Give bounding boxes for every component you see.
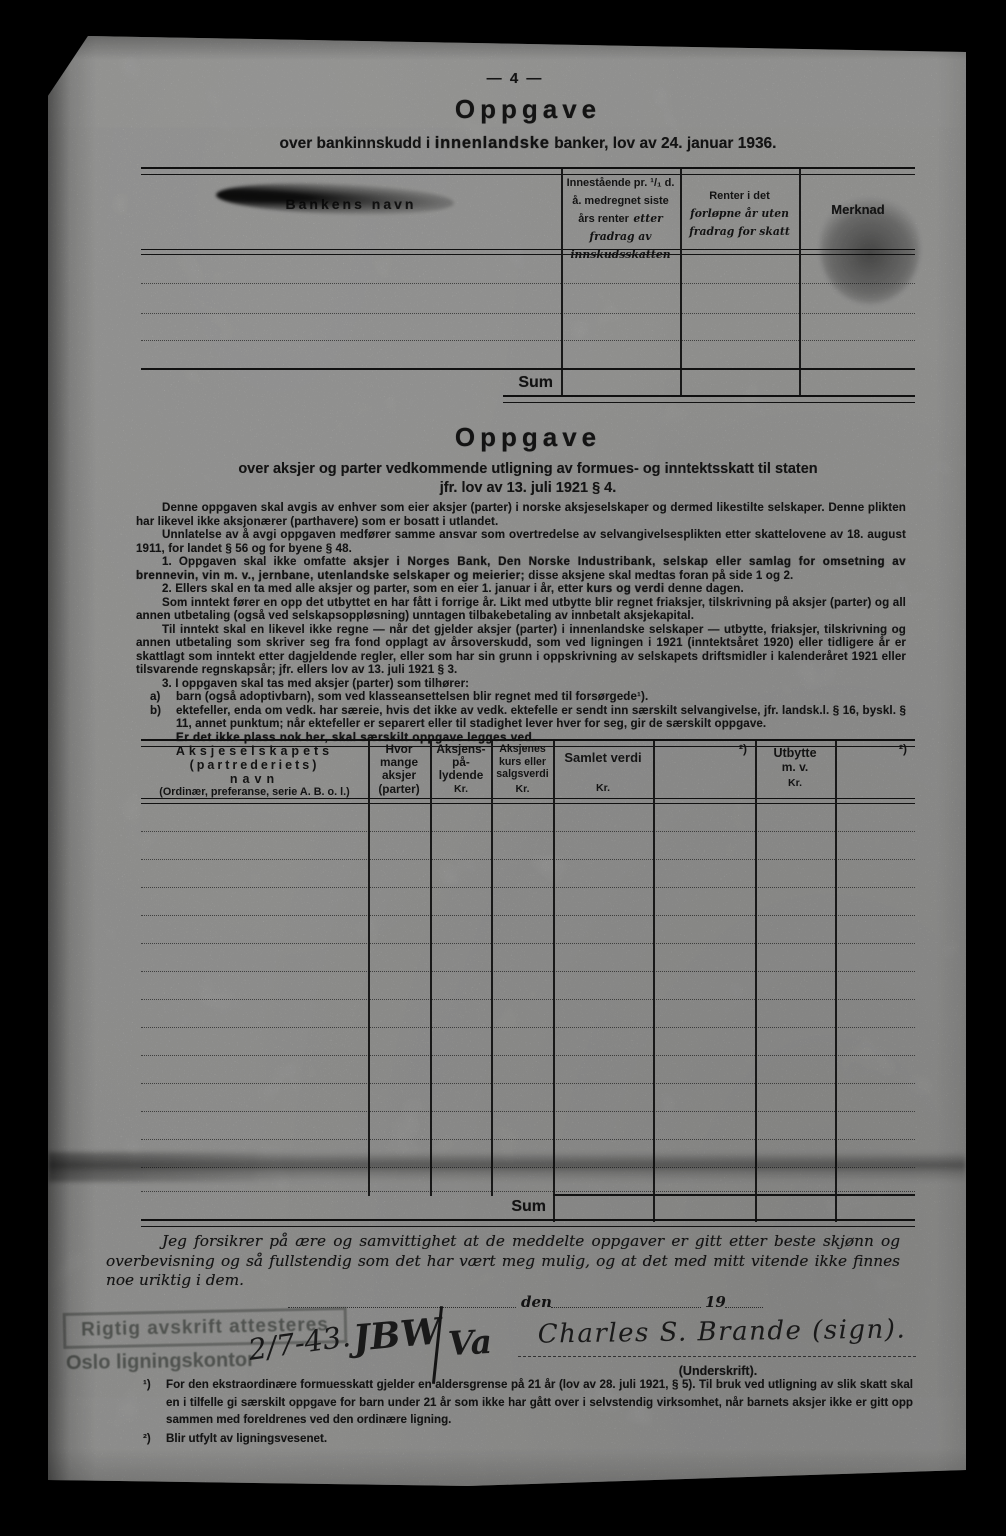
signature-handwritten: Charles S. Brande (sign). — [526, 1314, 918, 1349]
shares-table-row-line — [141, 885, 915, 888]
scanned-page-stage: — 4 — Oppgave over bankinnskudd i innenl… — [0, 0, 1006, 1536]
company-name-line2: (partrederiets) — [141, 758, 368, 772]
shares-col-official-2: ²) — [835, 742, 907, 756]
shares-section-title: Oppgave — [141, 422, 915, 453]
handwritten-initials-1: JBW — [351, 1310, 442, 1360]
bank-section-subtitle: over bankinnskudd i innenlandske banker,… — [141, 134, 915, 153]
date-word: den — [521, 1293, 552, 1311]
bank-table-col-remark: Merknad — [801, 202, 915, 217]
dividend-kr: Kr. — [755, 777, 835, 789]
bank-table-row-line — [141, 311, 915, 314]
shares-table-bottom-rule — [141, 1219, 915, 1227]
instruction-item-3b: b) ektefeller, enda om vedk. har særeie,… — [136, 704, 906, 745]
document-paper: — 4 — Oppgave over bankinnskudd i innenl… — [48, 34, 966, 1488]
company-name-line1: Aksjeselskapets — [141, 744, 368, 758]
footnote-2-marker: ²) — [143, 1430, 163, 1448]
bank-table-col-balance: Innestående pr. ¹/₁ d. å. medregnet sist… — [564, 173, 677, 263]
footnote-1-text: For den ekstraordinære formuesskatt gjel… — [166, 1376, 913, 1429]
item-3b-text: ektefeller, enda om vedk. har særeie, hv… — [176, 704, 906, 731]
shares-table-row-line — [141, 1109, 915, 1112]
bank-subtitle-post: banker, lov av 24. januar 1936. — [554, 135, 776, 152]
total-value-kr: Kr. — [553, 782, 653, 794]
shares-subtitle-line1: over aksjer og parter vedkommende utlign… — [111, 461, 945, 477]
year-prefix: 19 — [705, 1293, 726, 1311]
shares-table-row-line — [141, 1053, 915, 1056]
bank-table-sum-label: Sum — [448, 374, 559, 392]
bank-table-sum-separator — [141, 368, 915, 370]
shares-table-row-line — [141, 1189, 915, 1192]
shares-table-sum-separator — [553, 1194, 915, 1196]
shares-col-quantity: Hvor mange aksjer (parter) — [369, 743, 429, 796]
shares-table-row-line — [141, 1081, 915, 1084]
shares-table-divider-4 — [553, 741, 555, 1222]
instruction-item-2-bold: kurs og verdi — [587, 582, 665, 595]
instruction-item-3a: a) barn (også adoptivbarn), som ved klas… — [136, 690, 906, 704]
shares-col-nominal: Aksjens- på- lydende Kr. — [431, 743, 491, 795]
date-blank-line — [551, 1295, 701, 1308]
company-name-line3: navn — [141, 772, 368, 786]
place-blank-line — [288, 1295, 516, 1308]
bank-table-bottom-rule — [503, 395, 915, 403]
shares-col-dividend: Utbytte m. v. Kr. — [755, 746, 835, 789]
shares-table-header-rule — [141, 798, 915, 804]
shares-instructions: Denne oppgaven skal avgis av enhver som … — [136, 501, 906, 744]
shares-table-row-line — [141, 829, 915, 832]
bank-table-row-line — [141, 281, 915, 284]
shares-table-row-line — [141, 1025, 915, 1028]
bank-subtitle-pre: over bankinnskudd i — [280, 135, 431, 152]
shares-table-row-line — [141, 941, 915, 944]
bank-section-title: Oppgave — [141, 94, 915, 125]
instruction-paragraph-2: Unnlatelse av å avgi oppgaven medfører s… — [136, 528, 906, 555]
instruction-item-2: 2. Ellers skal en ta med alle aksjer og … — [136, 582, 906, 596]
market-value-kr: Kr. — [492, 783, 553, 795]
shares-table-row-line — [141, 1137, 915, 1140]
bank-col-interest-italic: forløpne år uten fradrag for skatt — [689, 207, 790, 238]
bank-table-col-interest: Renter i det forløpne år uten fradrag fo… — [683, 186, 796, 240]
shares-col-market-value: Aksjenes kurs eller salgsverdi Kr. — [492, 743, 553, 795]
bank-table-col-bank-name: Bankens navn — [141, 196, 561, 212]
item-3a-text: barn (også adoptivbarn), som ved klassea… — [176, 690, 648, 703]
shares-table-row-line — [141, 997, 915, 1000]
bank-subtitle-emphasis: innenlandske — [435, 134, 550, 152]
instruction-item-1: 1. Oppgaven skal ikke omfatte aksjer i N… — [136, 555, 906, 582]
shares-col-official-1: ²) — [653, 742, 747, 756]
instruction-paragraph-3: Som inntekt fører en opp det utbyttet en… — [136, 596, 906, 623]
shares-col-company-name: Aksjeselskapets (partrederiets) navn (Or… — [141, 744, 368, 798]
year-blank-line — [725, 1295, 763, 1308]
shares-table-row-line — [141, 857, 915, 860]
instruction-paragraph-4: Til inntekt skal en likevel ikke regne —… — [136, 623, 906, 677]
footnote-2-text: Blir utfylt av ligningsvesenet. — [166, 1430, 566, 1448]
shares-table-divider-7 — [835, 741, 837, 1222]
item-3b-marker: b) — [150, 704, 161, 718]
shares-table-row-line — [141, 969, 915, 972]
instruction-item-3: 3. I oppgaven skal tas med aksjer (parte… — [136, 677, 906, 691]
bank-col-interest-roman: Renter i det — [709, 190, 770, 202]
handwritten-initials-2: Va — [447, 1322, 493, 1363]
shares-table-sum-label: Sum — [443, 1198, 553, 1216]
shares-subtitle-line2: jfr. lov av 13. juli 1921 § 4. — [141, 480, 915, 496]
item-3a-marker: a) — [150, 690, 161, 704]
company-name-line4: (Ordinær, preferanse, serie A. B. o. l.) — [141, 786, 368, 798]
instruction-paragraph-1: Denne oppgaven skal avgis av enhver som … — [136, 501, 906, 528]
shares-col-total-value: Samlet verdi Kr. — [553, 750, 653, 794]
nominal-kr: Kr. — [431, 783, 491, 795]
page-number: — 4 — — [56, 70, 974, 87]
shares-table-row-line — [141, 913, 915, 916]
shares-table-divider-5 — [653, 741, 655, 1222]
footnote-1-marker: ¹) — [143, 1376, 163, 1394]
bank-table-row-line — [141, 338, 915, 341]
shares-table-divider-6 — [755, 741, 757, 1222]
shares-table-row-line — [141, 1165, 915, 1168]
declaration-text: Jeg forsikrer på ære og samvittighet at … — [106, 1232, 900, 1291]
